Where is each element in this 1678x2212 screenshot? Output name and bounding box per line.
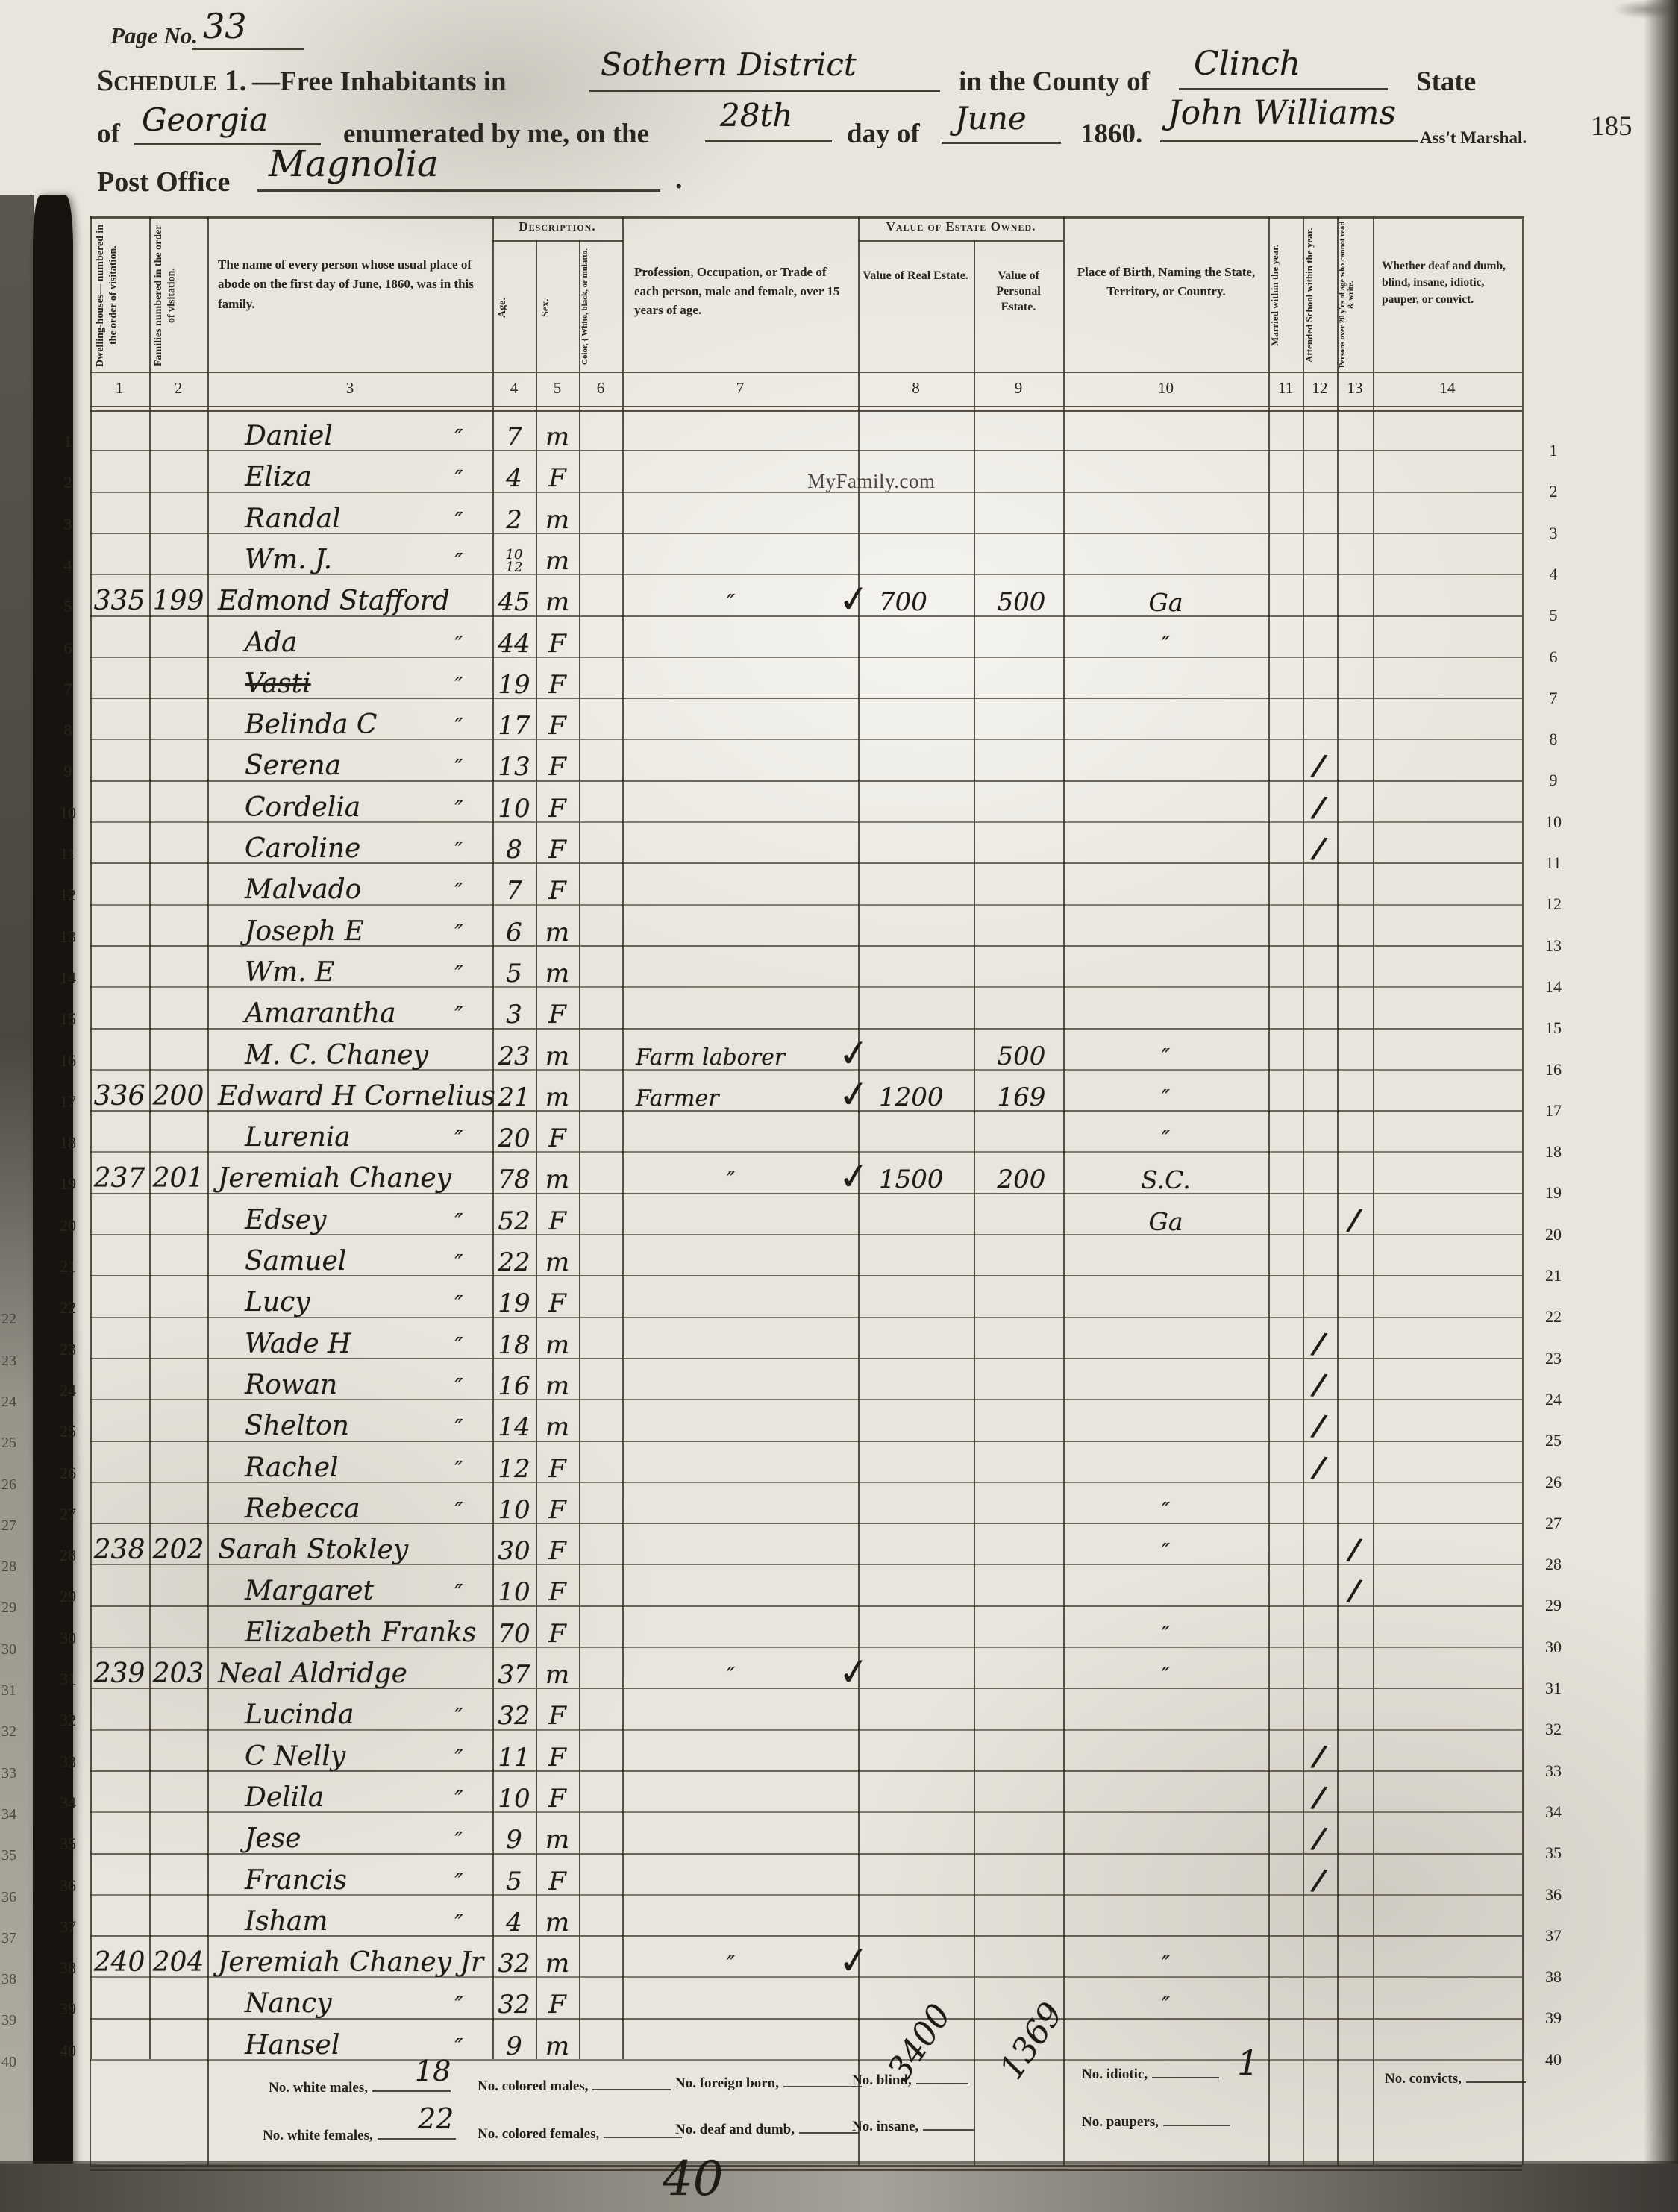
group-header-description: Description. [492, 219, 622, 234]
dwelling-number: 240 [90, 1929, 149, 1978]
name-ditto: ″ [436, 527, 481, 576]
school-tick: / [1300, 1846, 1340, 1899]
birthplace-value: ″ [1063, 1517, 1268, 1566]
birthplace-value: Ga [1063, 1187, 1268, 1236]
table-horizontal-line [858, 240, 1063, 242]
family-number: 202 [149, 1517, 207, 1566]
year-value: 1860. [1080, 118, 1142, 150]
name-ditto: ″ [436, 1476, 481, 1525]
school-tick: / [1300, 1433, 1340, 1486]
sheet-number: 185 [1591, 110, 1632, 142]
table-vertical-line [207, 216, 209, 2059]
table-vertical-line [1268, 216, 1270, 2059]
cannot-read-tick: / [1336, 1185, 1375, 1237]
dwelling-number: 335 [90, 568, 149, 617]
paupers-label: No. paupers, [1082, 2114, 1230, 2131]
table-vertical-line [1268, 2059, 1270, 2165]
page-no-label: Page No. [110, 22, 198, 49]
row-number-left: 40 [49, 2012, 87, 2061]
name-ditto: ″ [436, 1888, 481, 1937]
col-num-10: 10 [1063, 379, 1268, 398]
month-underline [942, 112, 1061, 144]
col-header-family: Families numbered in the order of visita… [152, 224, 204, 367]
idiotic-value: 1 [1237, 2043, 1259, 2083]
page-no-underline [192, 18, 304, 50]
district-underline [589, 60, 940, 92]
post-office-underline [257, 158, 660, 192]
table-vertical-line [1337, 2059, 1339, 2165]
col-header-real-estate: Value of Real Estate. [863, 269, 968, 343]
col-header-deaf-dumb: Whether deaf and dumb, blind, insane, id… [1382, 258, 1516, 363]
col-header-birthplace: Place of Birth, Naming the State, Territ… [1068, 263, 1264, 352]
state-underline [134, 113, 321, 145]
col-header-married: Married within the year. [1270, 224, 1301, 367]
insane-label: No. insane, [852, 2119, 975, 2135]
table-vertical-line [207, 2059, 209, 2165]
group-header-estate: Value of Estate Owned. [860, 219, 1062, 234]
table-vertical-line [579, 240, 580, 2059]
col-num-12: 12 [1303, 379, 1337, 398]
occupation-value: Farmer [636, 1063, 851, 1112]
table-vertical-line [90, 2059, 91, 2165]
idiotic-label: No. idiotic, [1082, 2067, 1219, 2083]
real-estate-value: 1500 [879, 1145, 974, 1194]
post-office-period: . [675, 163, 683, 195]
deaf-dumb-label: No. deaf and dumb, [675, 2122, 859, 2138]
table-vertical-line [974, 2059, 975, 2165]
col-num-3: 3 [207, 379, 492, 398]
table-vertical-line [90, 216, 92, 2059]
dwelling-number: 237 [90, 1145, 149, 1194]
col-header-color: Color, { White, black, or mulatto. [580, 243, 621, 370]
scan-corner-shading [1409, 0, 1678, 119]
real-estate-value: 1200 [879, 1063, 974, 1112]
table-vertical-line [622, 216, 624, 2059]
scan-edge-right [1644, 0, 1678, 2212]
white-males-value: 18 [415, 2055, 451, 2087]
col-header-cannot-read: Persons over 20 y'rs of age who cannot r… [1339, 221, 1371, 369]
table-vertical-line [1303, 2059, 1304, 2165]
foreign-born-label: No. foreign born, [675, 2075, 862, 2092]
birthplace-value: ″ [1063, 1641, 1268, 1690]
col-header-age: Age. [497, 246, 533, 369]
dwelling-number: 336 [90, 1063, 149, 1112]
table-vertical-line [858, 216, 860, 2059]
name-ditto: ″ [436, 1104, 481, 1153]
col-num-9: 9 [974, 379, 1063, 398]
personal-estate-value: 169 [980, 1063, 1063, 1112]
col-header-personal-estate: Value of Personal Estate. [977, 269, 1059, 343]
name-ditto: ″ [436, 1558, 481, 1607]
col-num-2: 2 [149, 379, 207, 398]
table-horizontal-line [90, 372, 1522, 373]
person-name: Hansel [245, 2012, 440, 2061]
sex-value: m [536, 2012, 579, 2061]
family-number: 203 [149, 1641, 207, 1690]
colored-males-label: No. colored males, [478, 2078, 671, 2095]
table-horizontal-line [90, 2169, 1522, 2171]
table-vertical-line [1063, 2059, 1065, 2165]
schedule-rest: —Free Inhabitants in [252, 66, 507, 98]
table-horizontal-line [492, 240, 622, 242]
row-number-right: 40 [1531, 2021, 1576, 2070]
personal-estate-total: 1369 [992, 1996, 1071, 2086]
col-num-13: 13 [1337, 379, 1373, 398]
col-header-sex: Sex. [540, 246, 576, 369]
family-number: 201 [149, 1145, 207, 1194]
col-header-name: The name of every person whose usual pla… [218, 255, 483, 352]
birthplace-value: ″ [1063, 1970, 1268, 2020]
col-num-8: 8 [858, 379, 974, 398]
of-label: of [97, 118, 120, 150]
day-label: day of [847, 118, 920, 150]
schedule-label: Schedule 1. [97, 63, 247, 98]
day-underline [705, 110, 832, 142]
personal-estate-value: 200 [980, 1145, 1063, 1194]
table-vertical-line [974, 240, 975, 2059]
real-estate-value: 700 [879, 568, 974, 617]
age-value: 9 [492, 2012, 536, 2061]
census-schedule-page: Page No. 33 Schedule 1. —Free Inhabitant… [0, 0, 1678, 2212]
tally-check-icon: ✓ [827, 1930, 880, 1984]
name-ditto: ″ [436, 980, 481, 1030]
col-header-school: Attended School within the year. [1304, 224, 1336, 367]
post-office-label: Post Office [97, 166, 230, 198]
col-num-11: 11 [1268, 379, 1303, 398]
white-females-value: 22 [418, 2102, 454, 2135]
convicts-label: No. convicts, [1385, 2071, 1526, 2087]
tally-check-icon: ✓ [827, 1146, 880, 1200]
col-header-dwelling: Dwelling-houses— numbered in the order o… [94, 224, 146, 367]
tally-check-icon: ✓ [827, 568, 880, 623]
row-number-duplicate: 40 [1, 2023, 30, 2072]
page-total-note: 40 [663, 2152, 723, 2207]
table-horizontal-line [90, 2165, 1522, 2167]
col-num-7: 7 [622, 379, 858, 398]
family-number: 204 [149, 1929, 207, 1978]
dwelling-number: 238 [90, 1517, 149, 1566]
cannot-read-tick: / [1336, 1556, 1375, 1608]
table-vertical-line [1522, 216, 1524, 2059]
county-underline [1179, 58, 1388, 90]
col-header-occupation: Profession, Occupation, or Trade of each… [634, 263, 849, 352]
table-horizontal-line [90, 216, 1522, 219]
tally-check-icon: ✓ [827, 1641, 880, 1696]
col-num-6: 6 [579, 379, 622, 398]
family-number: 199 [149, 568, 207, 617]
table-vertical-line [1373, 2059, 1374, 2165]
table-vertical-line [149, 216, 151, 2059]
table-vertical-line [1373, 216, 1374, 2059]
county-label: in the County of [959, 66, 1150, 98]
state-label: State [1416, 66, 1476, 98]
tally-check-icon: ✓ [827, 1064, 880, 1118]
birthplace-value: ″ [1063, 610, 1268, 659]
colored-females-label: No. colored females, [478, 2126, 682, 2143]
marshal-label: Ass't Marshal. [1420, 128, 1527, 148]
col-num-14: 14 [1373, 379, 1522, 398]
marshal-underline [1160, 110, 1418, 142]
school-tick: / [1300, 814, 1340, 867]
col-num-5: 5 [536, 379, 579, 398]
col-num-1: 1 [90, 379, 149, 398]
watermark: MyFamily.com [807, 470, 936, 493]
family-number: 200 [149, 1063, 207, 1112]
personal-estate-value: 500 [980, 568, 1063, 617]
col-num-4: 4 [492, 379, 536, 398]
dwelling-number: 239 [90, 1641, 149, 1690]
